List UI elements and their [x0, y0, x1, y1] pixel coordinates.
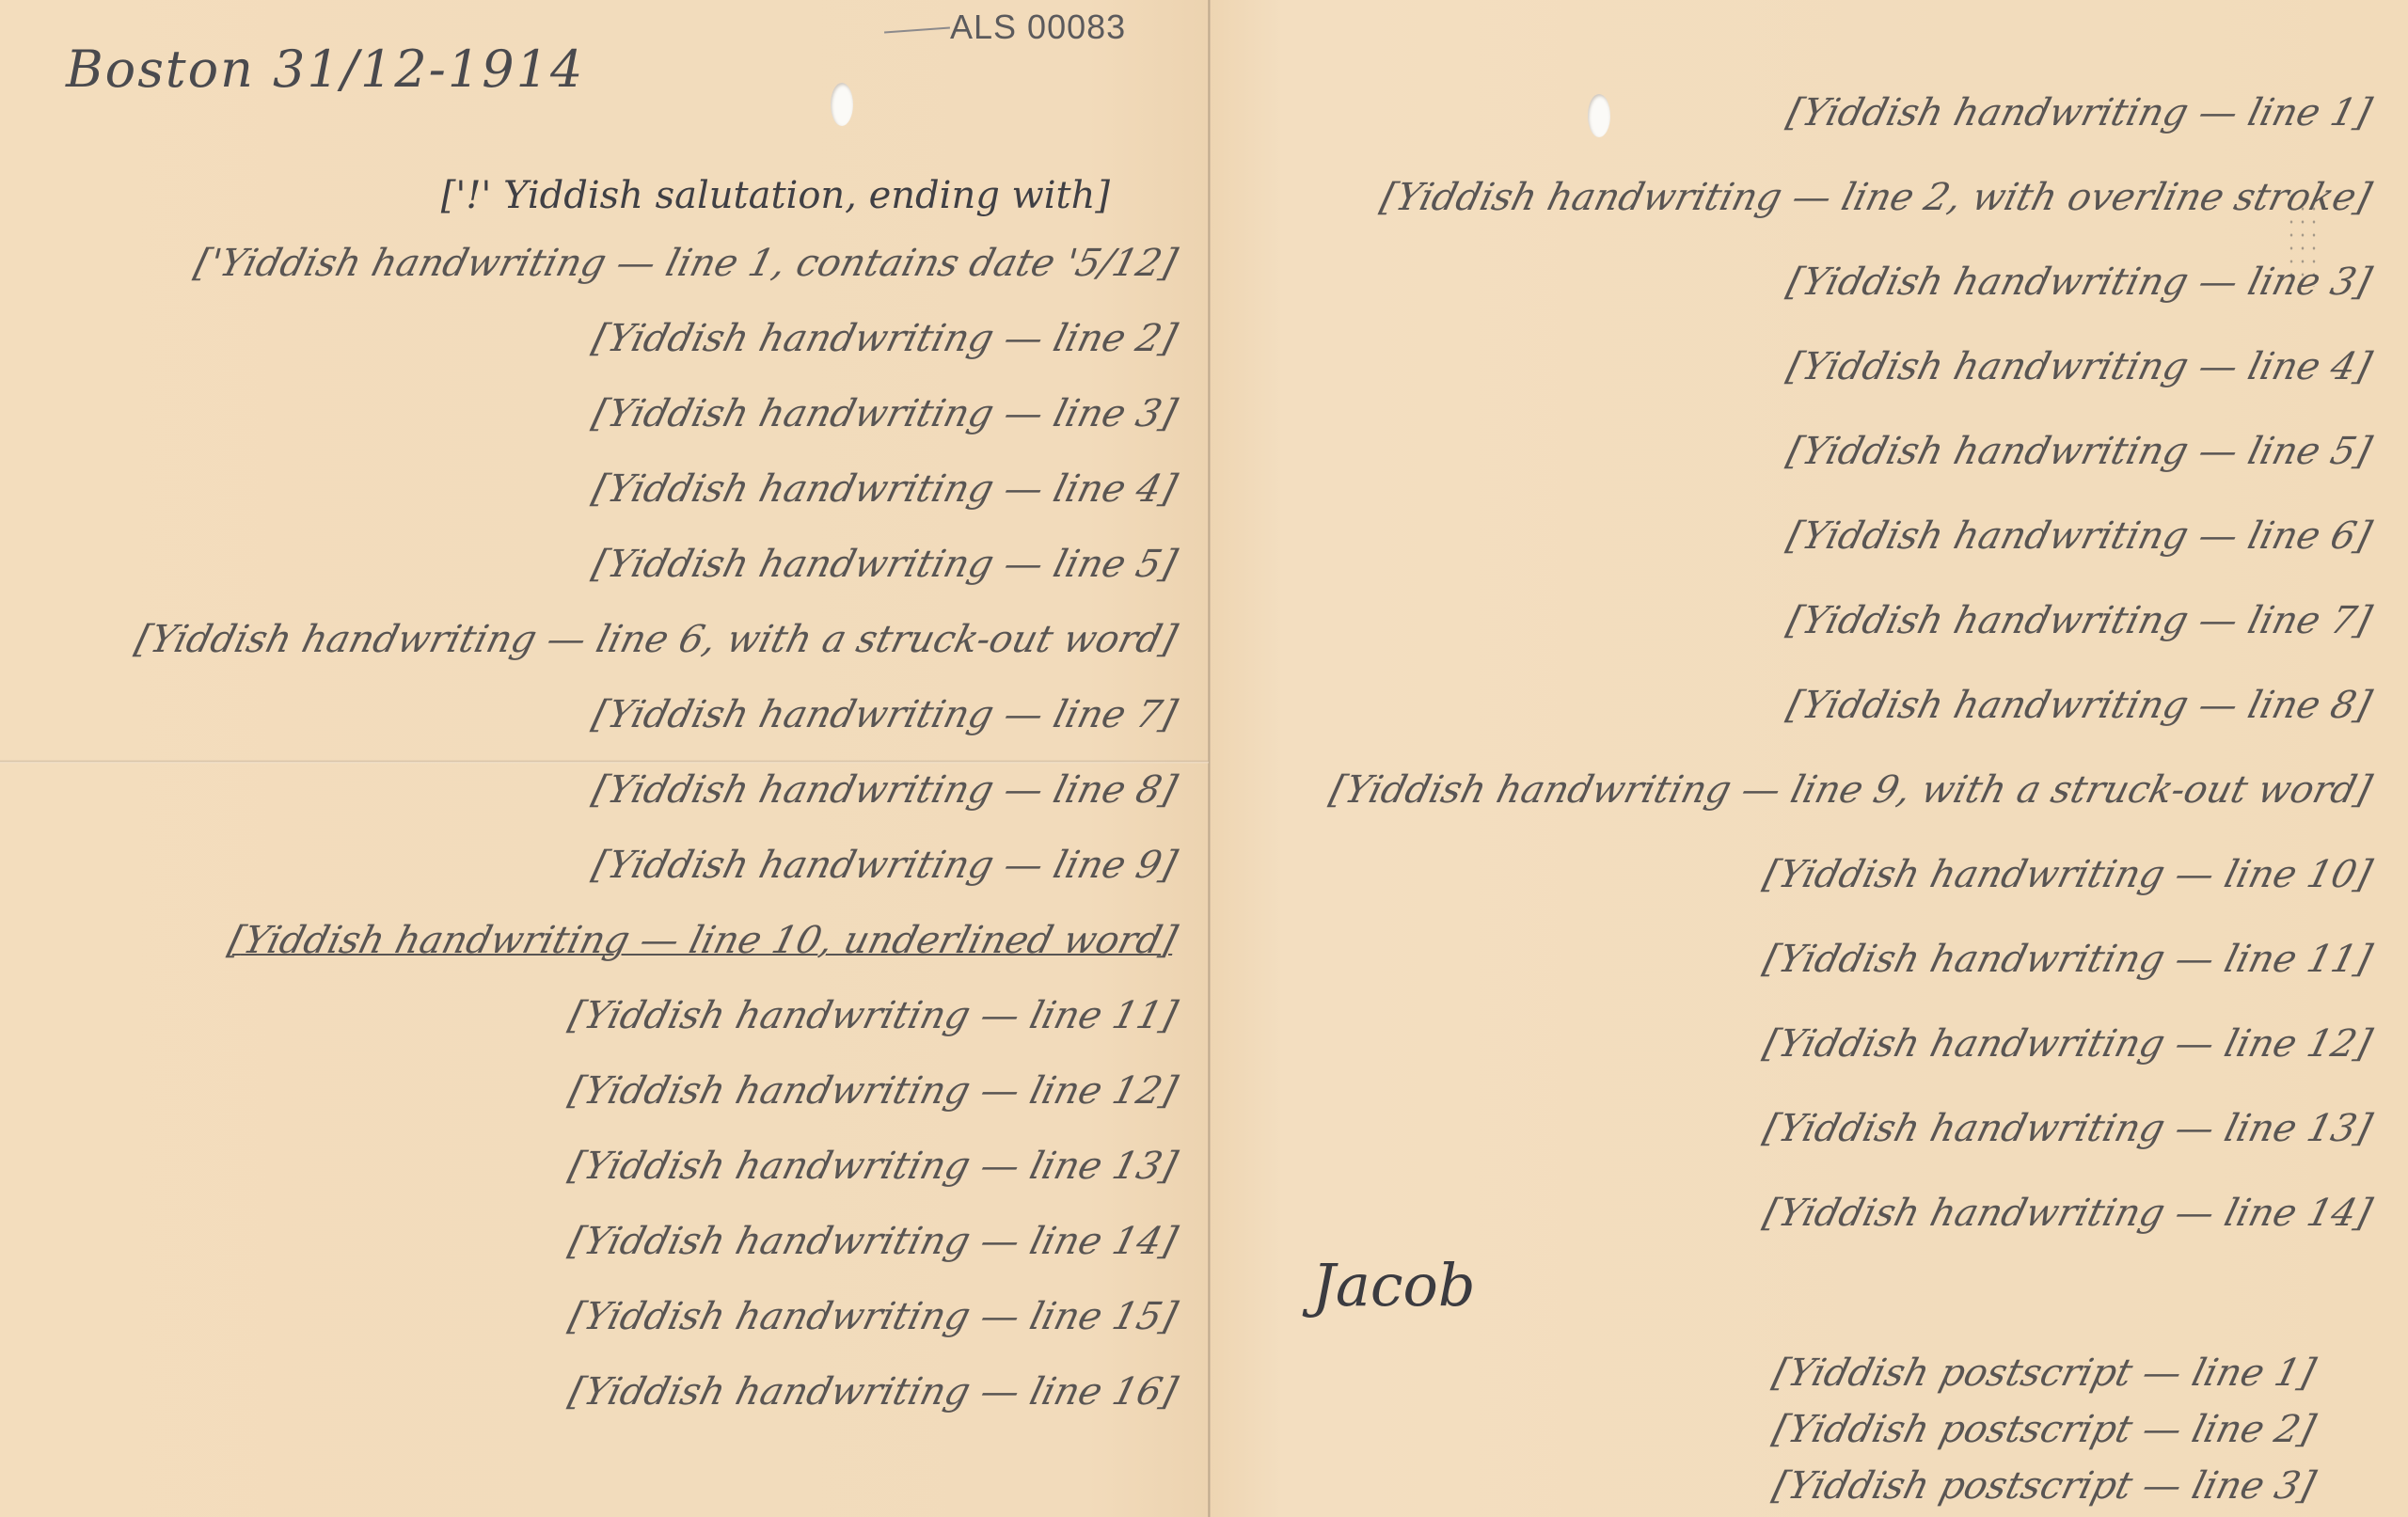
- handwritten-line: [Yiddish handwriting — line 9, with a st…: [1324, 762, 2378, 818]
- left-page-body: [Yiddish handwriting — line 1, contains …: [38, 235, 1176, 1514]
- handwritten-line: [Yiddish handwriting — line 9]: [587, 837, 1183, 893]
- handwritten-line: [Yiddish handwriting — line 8]: [1782, 677, 2378, 734]
- handwritten-line: [Yiddish handwriting — line 7]: [1782, 593, 2378, 649]
- handwritten-line: [Yiddish handwriting — line 7]: [587, 687, 1183, 743]
- postscript-line: [Yiddish postscript — line 1]: [1766, 1345, 2321, 1401]
- postscript-line: [Yiddish postscript — line 2]: [1766, 1401, 2321, 1458]
- center-fold: [1208, 0, 1211, 1517]
- handwritten-line: [Yiddish handwriting — line 14]: [1757, 1185, 2377, 1241]
- handwritten-line: [Yiddish handwriting — line 10]: [1757, 846, 2377, 903]
- handwritten-line: [Yiddish handwriting — line 12]: [1757, 1016, 2377, 1072]
- handwritten-line: [Yiddish handwriting — line 14]: [562, 1213, 1182, 1270]
- handwritten-line: [Yiddish handwriting — line 4]: [1782, 339, 2378, 395]
- handwritten-line: [Yiddish handwriting — line 5]: [587, 536, 1183, 593]
- ink-speckles: [2286, 202, 2323, 287]
- punch-hole-left: [831, 83, 853, 126]
- handwritten-line: [Yiddish handwriting — line 10, underlin…: [223, 912, 1183, 969]
- handwritten-line: [Yiddish handwriting — line 2]: [587, 310, 1183, 367]
- handwritten-line: [Yiddish handwriting — line 13]: [562, 1138, 1182, 1194]
- handwritten-line: [Yiddish handwriting — line 13]: [1757, 1100, 2377, 1157]
- handwritten-line: [Yiddish handwriting — line 12]: [562, 1063, 1182, 1119]
- handwritten-line: [Yiddish handwriting — line 1, contains …: [189, 235, 1183, 292]
- handwritten-line: [Yiddish handwriting — line 8]: [587, 762, 1183, 818]
- handwritten-line: [Yiddish handwriting — line 3]: [587, 386, 1183, 442]
- handwritten-line: [Yiddish handwriting — line 4]: [587, 461, 1183, 517]
- letter-spread: ALS 00083 Boston 31/12-1914 [Yiddish sal…: [0, 0, 2408, 1517]
- signature: Jacob: [1312, 1251, 1476, 1319]
- postscript: [Yiddish postscript — line 1] [Yiddish p…: [1298, 1345, 2314, 1514]
- postscript-line: [Yiddish postscript — line 3]: [1766, 1458, 2321, 1514]
- handwritten-line: [Yiddish handwriting — line 6]: [1782, 508, 2378, 564]
- salutation: [Yiddish salutation, ending with '!']: [376, 174, 1110, 217]
- catalog-number: ALS 00083: [950, 8, 1126, 47]
- handwritten-line: [Yiddish handwriting — line 2, with over…: [1375, 169, 2378, 226]
- handwritten-line: [Yiddish handwriting — line 6, with a st…: [130, 611, 1183, 668]
- handwritten-line: [Yiddish handwriting — line 1]: [1782, 85, 2378, 141]
- handwritten-line: [Yiddish handwriting — line 11]: [562, 988, 1182, 1044]
- handwritten-line: [Yiddish handwriting — line 5]: [1782, 423, 2378, 480]
- right-page-body: [Yiddish handwriting — line 1] [Yiddish …: [1251, 56, 2370, 1241]
- handwritten-line: [Yiddish handwriting — line 16]: [562, 1364, 1182, 1420]
- place-date-line: Boston 31/12-1914: [66, 40, 584, 99]
- handwritten-line: [Yiddish handwriting — line 15]: [562, 1288, 1182, 1345]
- handwritten-line: [Yiddish handwriting — line 11]: [1757, 931, 2377, 988]
